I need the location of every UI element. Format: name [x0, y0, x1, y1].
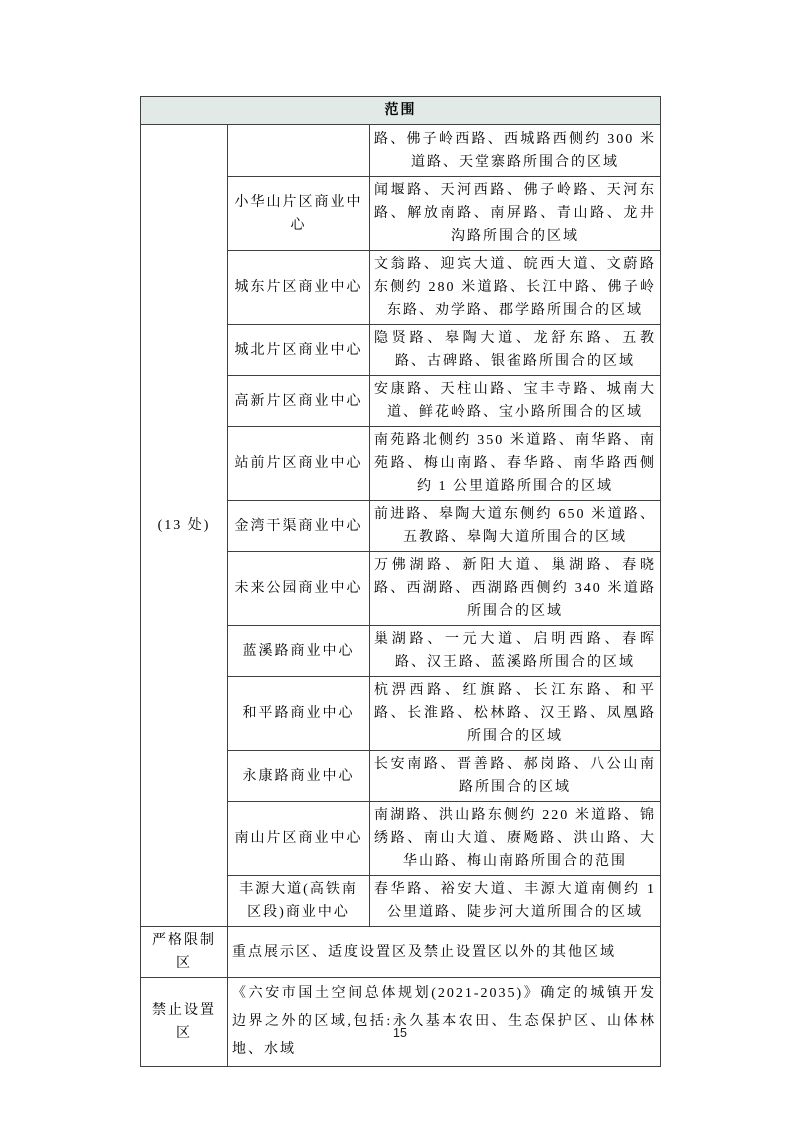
center-name-cell: 城北片区商业中心: [228, 325, 370, 376]
center-name-cell: 永康路商业中心: [228, 751, 370, 802]
zone-range-cell: 重点展示区、适度设置区及禁止设置区以外的其他区域: [228, 927, 661, 978]
range-cell: 长安南路、晋善路、郝岗路、八公山南路所围合的区域: [370, 751, 661, 802]
range-cell: 文翁路、迎宾大道、皖西大道、文蔚路东侧约 280 米道路、长江中路、佛子岭东路、…: [370, 251, 661, 325]
header-row: 范围: [141, 97, 661, 125]
range-cell: 隐贤路、皋陶大道、龙舒东路、五教路、古碑路、银雀路所围合的区域: [370, 325, 661, 376]
center-name-cell: 站前片区商业中心: [228, 427, 370, 501]
range-cell: 路、佛子岭西路、西城路西侧约 300 米道路、天堂寨路所围合的区域: [370, 125, 661, 177]
range-cell: 前进路、皋陶大道东侧约 650 米道路、五教路、皋陶大道所围合的区域: [370, 501, 661, 552]
center-name-cell: 城东片区商业中心: [228, 251, 370, 325]
range-cell: 南湖路、洪山路东侧约 220 米道路、锦绣路、南山大道、赓飏路、洪山路、大华山路…: [370, 802, 661, 876]
range-cell: 闻堰路、天河西路、佛子岭路、天河东路、解放南路、南屏路、青山路、龙井沟路所围合的…: [370, 177, 661, 251]
center-name-cell: 金湾干渠商业中心: [228, 501, 370, 552]
range-cell: 巢湖路、一元大道、启明西路、春晖路、汉王路、蓝溪路所围合的区域: [370, 626, 661, 677]
range-cell: 春华路、裕安大道、丰源大道南侧约 1 公里道路、陡步河大道所围合的区域: [370, 876, 661, 927]
table-row-forbidden-zone: 禁止设置区 《六安市国土空间总体规划(2021-2035)》确定的城镇开发边界之…: [141, 978, 661, 1067]
center-name-cell: 高新片区商业中心: [228, 376, 370, 427]
range-cell: 南苑路北侧约 350 米道路、南华路、南苑路、梅山南路、春华路、南华路西侧约 1…: [370, 427, 661, 501]
table-row-strict-limit-zone: 严格限制区 重点展示区、适度设置区及禁止设置区以外的其他区域: [141, 927, 661, 978]
range-cell: 万佛湖路、新阳大道、巢湖路、春晓路、西湖路、西湖路西侧约 340 米道路所围合的…: [370, 552, 661, 626]
center-name-cell: 和平路商业中心: [228, 677, 370, 751]
range-cell: 杭淠西路、红旗路、长江东路、和平路、长淮路、松林路、汉王路、凤凰路所围合的区域: [370, 677, 661, 751]
table-header-range: 范围: [141, 97, 661, 125]
count-cell: (13 处): [141, 125, 228, 927]
center-name-cell: 南山片区商业中心: [228, 802, 370, 876]
range-table: 范围 (13 处) 路、佛子岭西路、西城路西侧约 300 米道路、天堂寨路所围合…: [140, 96, 661, 1067]
zone-range-cell: 《六安市国土空间总体规划(2021-2035)》确定的城镇开发边界之外的区域,包…: [228, 978, 661, 1067]
center-name-cell: 丰源大道(高铁南区段)商业中心: [228, 876, 370, 927]
center-name-cell: 未来公园商业中心: [228, 552, 370, 626]
range-cell: 安康路、天柱山路、宝丰寺路、城南大道、鲜花岭路、宝小路所围合的区域: [370, 376, 661, 427]
zone-label-cell: 严格限制区: [141, 927, 228, 978]
zone-label-cell: 禁止设置区: [141, 978, 228, 1067]
document-page: 范围 (13 处) 路、佛子岭西路、西城路西侧约 300 米道路、天堂寨路所围合…: [0, 0, 794, 1122]
table-row: (13 处) 路、佛子岭西路、西城路西侧约 300 米道路、天堂寨路所围合的区域: [141, 125, 661, 177]
center-name-cell: 蓝溪路商业中心: [228, 626, 370, 677]
page-number: 15: [140, 1026, 660, 1040]
center-name-cell: [228, 125, 370, 177]
center-name-cell: 小华山片区商业中心: [228, 177, 370, 251]
